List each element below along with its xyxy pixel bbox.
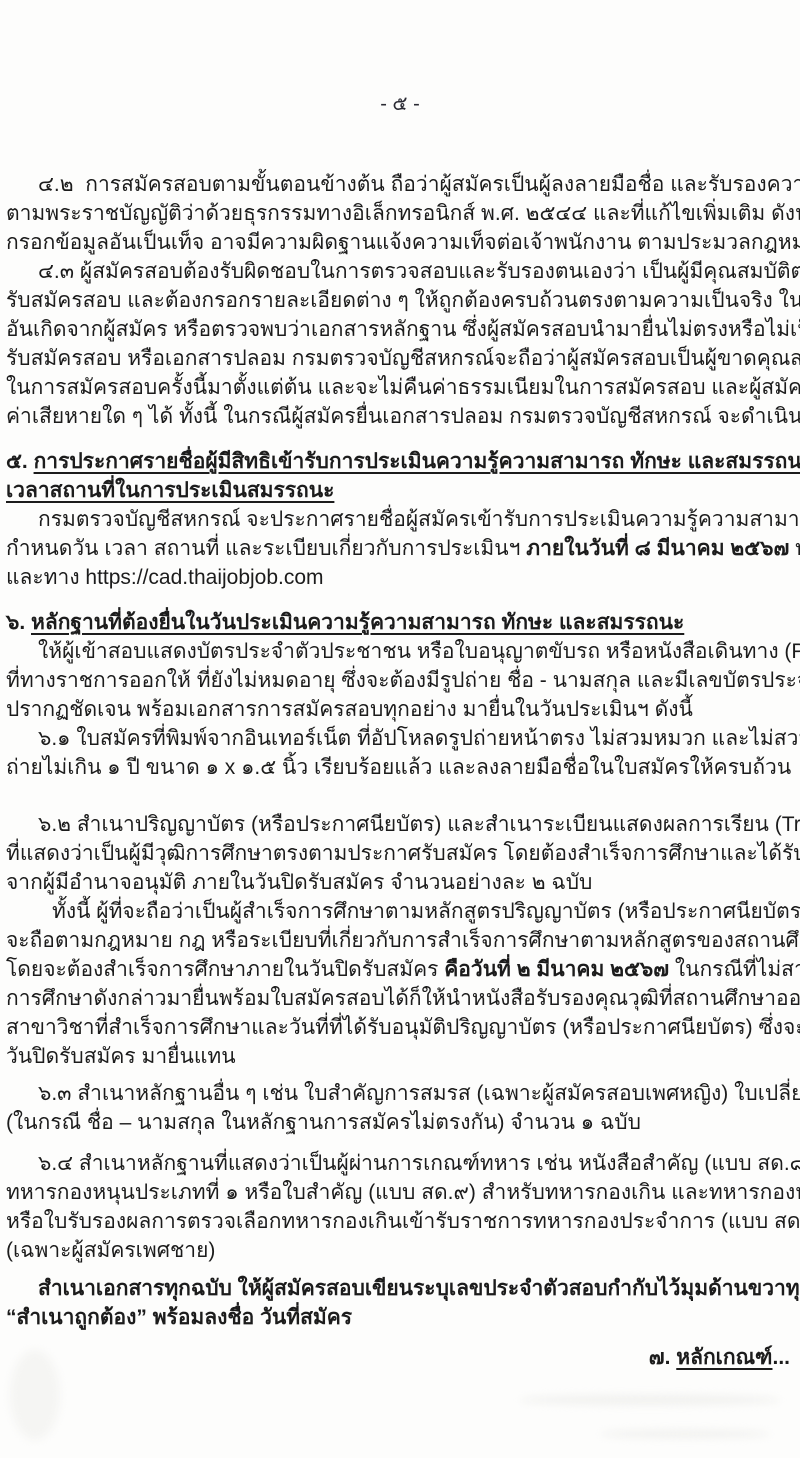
continuation-line: ๗. หลักเกณฑ์...	[6, 1343, 800, 1372]
text-line: ๖.๒ สำเนาปริญญาบัตร (หรือประกาศนียบัตร) …	[6, 810, 800, 839]
text-line: ถ่ายไม่เกิน ๑ ปี ขนาด ๑ x ๑.๕ นิ้ว เรียบ…	[6, 753, 800, 782]
text-line: สำเนาเอกสารทุกฉบับ ให้ผู้สมัครสอบเขียนระ…	[6, 1274, 800, 1303]
next-section-number: ๗.	[649, 1346, 676, 1369]
text-line: ในการสมัครสอบครั้งนี้มาตั้งแต่ต้น และจะไ…	[6, 373, 800, 402]
text-line: อันเกิดจากผู้สมัคร หรือตรวจพบว่าเอกสารหล…	[6, 315, 800, 344]
text-line: ๔.๓ ผู้สมัครสอบต้องรับผิดชอบในการตรวจสอบ…	[6, 257, 800, 286]
page-continuation-footer: ๗. หลักเกณฑ์...	[6, 1343, 800, 1372]
text-line: (เฉพาะผู้สมัครเพศชาย)	[6, 1236, 800, 1265]
website-url-line: และทาง https://cad.thaijobjob.com	[6, 563, 800, 592]
paragraph-4-2: ๔.๒ การสมัครสอบตามขั้นตอนข้างต้น ถือว่าผ…	[6, 170, 800, 257]
scan-noise	[520, 1395, 780, 1405]
text-line: ๖.๑ ใบสมัครที่พิมพ์จากอินเทอร์เน็ต ที่อั…	[6, 724, 800, 753]
text-line: ค่าเสียหายใด ๆ ได้ ทั้งนี้ ในกรณีผู้สมัค…	[6, 402, 800, 431]
ellipsis: ...	[772, 1346, 790, 1369]
text-line: ๔.๒ การสมัครสอบตามขั้นตอนข้างต้น ถือว่าผ…	[6, 170, 800, 199]
section-number: ๕.	[6, 450, 34, 473]
text-line: การศึกษาดังกล่าวมายื่นพร้อมใบสมัครสอบได้…	[6, 984, 800, 1013]
heading-text: การประกาศรายชื่อผู้มีสิทธิเข้ารับการประเ…	[34, 450, 800, 473]
text-line: ทั้งนี้ ผู้ที่จะถือว่าเป็นผู้สำเร็จการศึ…	[6, 897, 800, 926]
text-line: หรือใบรับรองผลการตรวจเลือกทหารกองเกินเข้…	[6, 1207, 800, 1236]
paragraph-6-4: ๖.๔ สำเนาหลักฐานที่แสดงว่าเป็นผู้ผ่านการ…	[6, 1149, 800, 1265]
paragraph-6-2: ๖.๒ สำเนาปริญญาบัตร (หรือประกาศนียบัตร) …	[6, 810, 800, 897]
text-line: วันปิดรับสมัคร มายื่นแทน	[6, 1042, 800, 1071]
text-line: ปรากฏชัดเจน พร้อมเอกสารการสมัครสอบทุกอย่…	[6, 695, 800, 724]
text-line: รับสมัครสอบ และต้องกรอกรายละเอียดต่าง ๆ …	[6, 286, 800, 315]
next-section-word: หลักเกณฑ์	[676, 1346, 772, 1369]
page-number: - ๕ -	[0, 90, 800, 119]
text-line: ทหารกองหนุนประเภทที่ ๑ หรือใบสำคัญ (แบบ …	[6, 1178, 800, 1207]
text-line: ให้ผู้เข้าสอบแสดงบัตรประจำตัวประชาชน หรื…	[6, 637, 800, 666]
text-line: ตามพระราชบัญญัติว่าด้วยธุรกรรมทางอิเล็กท…	[6, 199, 800, 228]
text-segment: ในกรณีที่ไม่สามารถนำหลักสูตร	[669, 958, 800, 981]
text-line: ที่แสดงว่าเป็นผู้มีวุฒิการศึกษาตรงตามประ…	[6, 839, 800, 868]
announcement-date: ภายในวันที่ ๘ มีนาคม ๒๕๖๗	[526, 537, 789, 560]
paragraph-6-1: ๖.๑ ใบสมัครที่พิมพ์จากอินเทอร์เน็ต ที่อั…	[6, 724, 800, 782]
text-line: สาขาวิชาที่สำเร็จการศึกษาและวันที่ที่ได้…	[6, 1013, 800, 1042]
website-url: ทาง https://www.cad.go.th	[789, 537, 800, 560]
text-line: จากผู้มีอำนาจอนุมัติ ภายในวันปิดรับสมัคร…	[6, 868, 800, 897]
section-number: ๖.	[6, 611, 31, 634]
text-segment: โดยจะต้องสำเร็จการศึกษาภายในวันปิดรับสมั…	[6, 958, 444, 981]
text-line: ที่ทางราชการออกให้ ที่ยังไม่หมดอายุ ซึ่ง…	[6, 666, 800, 695]
text-line: กรอกข้อมูลอันเป็นเท็จ อาจมีความผิดฐานแจ้…	[6, 228, 800, 257]
heading-line: ๖. หลักฐานที่ต้องยื่นในวันประเมินความรู้…	[6, 608, 800, 637]
text-line: รับสมัครสอบ หรือเอกสารปลอม กรมตรวจบัญชีส…	[6, 344, 800, 373]
scan-noise	[600, 1430, 770, 1438]
text-segment: กำหนดวัน เวลา สถานที่ และระเบียบเกี่ยวกั…	[6, 537, 526, 560]
paragraph-5: กรมตรวจบัญชีสหกรณ์ จะประกาศรายชื่อผู้สมั…	[6, 505, 800, 592]
section-6-heading: ๖. หลักฐานที่ต้องยื่นในวันประเมินความรู้…	[6, 608, 800, 637]
text-line: โดยจะต้องสำเร็จการศึกษาภายในวันปิดรับสมั…	[6, 955, 800, 984]
paragraph-4-3: ๔.๓ ผู้สมัครสอบต้องรับผิดชอบในการตรวจสอบ…	[6, 257, 800, 431]
heading-text: เวลาสถานที่ในการประเมินสมรรถนะ	[6, 479, 334, 502]
paragraph-final-bold: สำเนาเอกสารทุกฉบับ ให้ผู้สมัครสอบเขียนระ…	[6, 1274, 800, 1332]
text-line: กรมตรวจบัญชีสหกรณ์ จะประกาศรายชื่อผู้สมั…	[6, 505, 800, 534]
text-line: กำหนดวัน เวลา สถานที่ และระเบียบเกี่ยวกั…	[6, 534, 800, 563]
paragraph-6-3: ๖.๓ สำเนาหลักฐานอื่น ๆ เช่น ใบสำคัญการสม…	[6, 1079, 800, 1137]
text-line: ๖.๓ สำเนาหลักฐานอื่น ๆ เช่น ใบสำคัญการสม…	[6, 1079, 800, 1108]
text-line: (ในกรณี ชื่อ – นามสกุล ในหลักฐานการสมัคร…	[6, 1108, 800, 1137]
text-line: “สำเนาถูกต้อง” พร้อมลงชื่อ วันที่สมัคร	[6, 1303, 800, 1332]
scanned-document-page: - ๕ - ๔.๒ การสมัครสอบตามขั้นตอนข้างต้น ถ…	[0, 0, 800, 1458]
section-5-heading: ๕. การประกาศรายชื่อผู้มีสิทธิเข้ารับการป…	[6, 447, 800, 505]
paragraph-6-intro: ให้ผู้เข้าสอบแสดงบัตรประจำตัวประชาชน หรื…	[6, 637, 800, 724]
paragraph-6-2-note: ทั้งนี้ ผู้ที่จะถือว่าเป็นผู้สำเร็จการศึ…	[6, 897, 800, 1071]
text-line: จะถือตามกฎหมาย กฎ หรือระเบียบที่เกี่ยวกั…	[6, 926, 800, 955]
closing-date: คือวันที่ ๒ มีนาคม ๒๕๖๗	[444, 958, 669, 981]
document-content: ๔.๒ การสมัครสอบตามขั้นตอนข้างต้น ถือว่าผ…	[0, 170, 800, 1372]
heading-line: เวลาสถานที่ในการประเมินสมรรถนะ	[6, 476, 800, 505]
heading-text: หลักฐานที่ต้องยื่นในวันประเมินความรู้ควา…	[31, 611, 684, 634]
text-line: ๖.๔ สำเนาหลักฐานที่แสดงว่าเป็นผู้ผ่านการ…	[6, 1149, 800, 1178]
heading-line: ๕. การประกาศรายชื่อผู้มีสิทธิเข้ารับการป…	[6, 447, 800, 476]
